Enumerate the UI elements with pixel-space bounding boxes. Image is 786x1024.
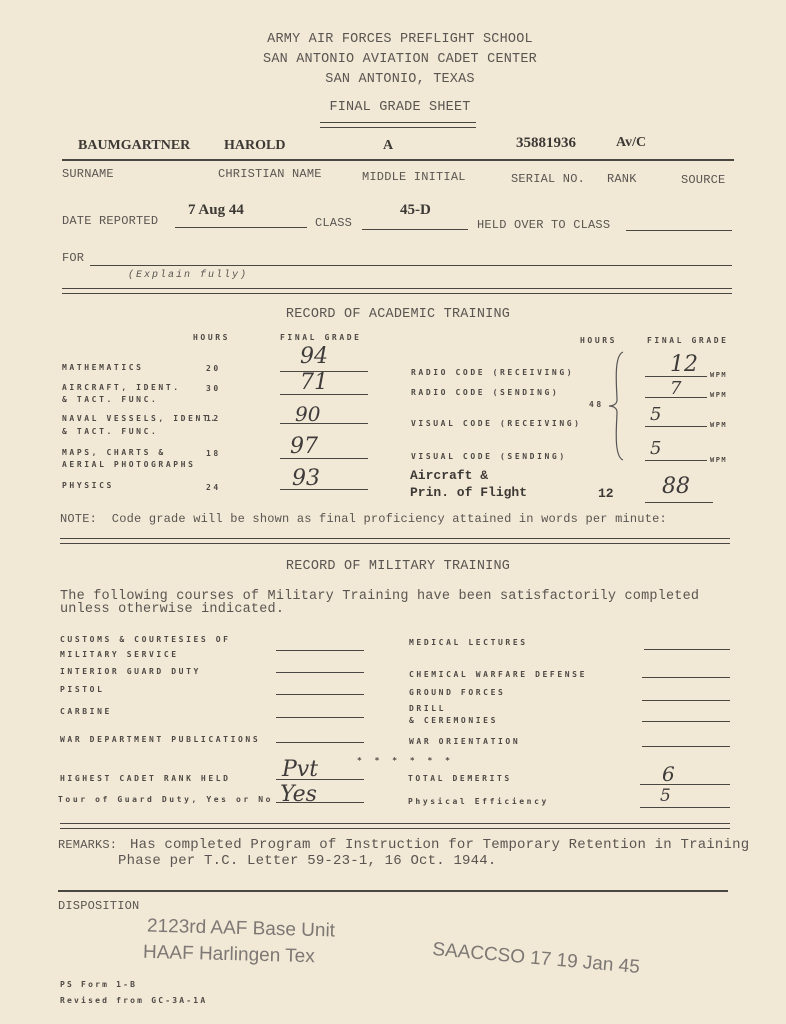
grade-value[interactable]: 97 xyxy=(290,434,318,459)
course-label: PISTOL xyxy=(60,685,105,694)
grade-value[interactable]: 12 xyxy=(670,352,698,377)
class-value[interactable]: 45-D xyxy=(400,202,431,219)
serial-no-value: 35881936 xyxy=(516,135,576,152)
subject-label: RADIO CODE (SENDING) xyxy=(411,388,559,397)
title-underline xyxy=(320,122,476,128)
military-section-title: RECORD OF MILITARY TRAINING xyxy=(0,559,786,574)
course-label: CHEMICAL WARFARE DEFENSE xyxy=(409,670,587,679)
separator-dots: * * * * * * xyxy=(357,756,454,765)
guard-tour-value[interactable]: Yes xyxy=(280,782,317,807)
grade-value[interactable]: 71 xyxy=(300,370,328,395)
grade-line xyxy=(280,394,368,395)
subject-label: VISUAL CODE (SENDING) xyxy=(411,452,567,461)
course-line[interactable] xyxy=(276,717,364,718)
course-line[interactable] xyxy=(276,742,364,743)
total-demerits-line xyxy=(640,784,730,785)
for-label: FOR xyxy=(62,251,84,265)
date-reported-label: DATE REPORTED xyxy=(62,214,158,228)
page-title: FINAL GRADE SHEET xyxy=(0,100,786,115)
course-line[interactable] xyxy=(276,672,364,673)
remarks-line-1: Has completed Program of Instruction for… xyxy=(130,837,749,853)
middle-initial-label: MIDDLE INITIAL xyxy=(362,170,466,184)
course-line[interactable] xyxy=(642,721,730,722)
remarks-line-2: Phase per T.C. Letter 59-23-1, 16 Oct. 1… xyxy=(118,853,496,869)
grade-line xyxy=(280,458,368,459)
grade-value[interactable]: 5 xyxy=(650,404,661,425)
course-line[interactable] xyxy=(276,694,364,695)
subject-label-2: & TACT. FUNC. xyxy=(62,395,158,404)
grade-header-left: FINAL GRADE xyxy=(280,333,362,342)
christian-name-label: CHRISTIAN NAME xyxy=(218,167,322,181)
course-label-2: & CEREMONIES xyxy=(409,716,498,725)
grade-line xyxy=(645,397,707,398)
course-line[interactable] xyxy=(642,746,730,747)
remarks-label: REMARKS: xyxy=(58,838,117,852)
form-number: PS Form 1-B xyxy=(60,980,137,989)
header-line-3: SAN ANTONIO, TEXAS xyxy=(0,72,786,87)
hours-value: 12 xyxy=(206,414,221,423)
unit-stamp-line-1: 2123rd AAF Base Unit xyxy=(147,916,336,943)
wpm-unit: WPM xyxy=(710,371,727,379)
subject-label: MATHEMATICS xyxy=(62,363,144,372)
unit-stamp-line-2: HAAF Harlingen Tex xyxy=(143,942,315,968)
date-reported-line xyxy=(175,227,307,228)
subject-label: Aircraft & xyxy=(410,468,488,483)
surname-value: BAUMGARTNER xyxy=(78,138,190,154)
course-label: GROUND FORCES xyxy=(409,688,505,697)
wpm-unit: WPM xyxy=(710,456,727,464)
highest-rank-label: HIGHEST CADET RANK HELD xyxy=(60,774,231,783)
military-intro-line-2: unless otherwise indicated. xyxy=(60,602,284,617)
course-label: WAR ORIENTATION xyxy=(409,737,520,746)
code-hours-brace xyxy=(607,350,627,462)
grade-value[interactable]: 94 xyxy=(300,344,328,369)
total-demerits-value[interactable]: 6 xyxy=(662,762,675,786)
subject-label: VISUAL CODE (RECEIVING) xyxy=(411,419,582,428)
course-label: WAR DEPARTMENT PUBLICATIONS xyxy=(60,735,260,744)
grade-value[interactable]: 88 xyxy=(662,474,690,499)
section-divider-1 xyxy=(62,288,732,294)
subject-label-2: AERIAL PHOTOGRAPHS xyxy=(62,460,196,469)
subject-label: RADIO CODE (RECEIVING) xyxy=(411,368,574,377)
course-label: MEDICAL LECTURES xyxy=(409,638,528,647)
guard-tour-line xyxy=(276,802,364,803)
grade-line xyxy=(645,460,707,461)
grade-line xyxy=(280,489,368,490)
disposition-label: DISPOSITION xyxy=(58,899,139,913)
rank-value: Av/C xyxy=(616,135,646,151)
physical-efficiency-value[interactable]: 5 xyxy=(660,786,671,806)
explain-fully-hint: (Explain fully) xyxy=(128,270,248,281)
header-line-2: SAN ANTONIO AVIATION CADET CENTER xyxy=(0,52,786,67)
grade-value[interactable]: 93 xyxy=(292,466,320,491)
held-over-line xyxy=(626,230,732,231)
serial-no-label: SERIAL NO. xyxy=(511,172,585,186)
revised-from: Revised from GC-3A-1A xyxy=(60,996,207,1005)
grade-line xyxy=(645,376,707,377)
rank-label: RANK xyxy=(607,172,637,186)
christian-name-value: HAROLD xyxy=(224,138,285,154)
total-demerits-label: TOTAL DEMERITS xyxy=(408,774,512,783)
date-stamp: SAACCSO 17 19 Jan 45 xyxy=(431,939,640,979)
academic-section-title: RECORD OF ACADEMIC TRAINING xyxy=(0,307,786,322)
highest-rank-line xyxy=(276,779,364,780)
subject-label: MAPS, CHARTS & xyxy=(62,448,166,457)
grade-value[interactable]: 7 xyxy=(670,378,681,399)
subject-label: AIRCRAFT, IDENT. xyxy=(62,383,181,392)
course-label-2: MILITARY SERVICE xyxy=(60,650,179,659)
course-label: CUSTOMS & COURTESIES OF xyxy=(60,635,231,644)
course-line[interactable] xyxy=(642,700,730,701)
subject-label-2: & TACT. FUNC. xyxy=(62,427,158,436)
header-line-1: ARMY AIR FORCES PREFLIGHT SCHOOL xyxy=(0,32,786,47)
subject-label: NAVAL VESSELS, IDENT. xyxy=(62,414,218,423)
grade-line xyxy=(645,502,713,503)
subject-label-2: Prin. of Flight xyxy=(410,485,527,500)
identity-line xyxy=(62,159,734,161)
physical-efficiency-line xyxy=(640,807,730,808)
grade-header-right: FINAL GRADE xyxy=(647,336,729,345)
section-divider-3 xyxy=(60,823,730,829)
hours-value: 24 xyxy=(206,483,221,492)
subject-label: PHYSICS xyxy=(62,481,114,490)
guard-tour-label: Tour of Guard Duty, Yes or No xyxy=(58,795,273,804)
surname-label: SURNAME xyxy=(62,167,114,181)
grade-line xyxy=(645,426,707,427)
course-line[interactable] xyxy=(644,649,730,650)
course-label: INTERIOR GUARD DUTY xyxy=(60,667,201,676)
code-hours-value: 48 xyxy=(589,400,604,409)
hours-value: 20 xyxy=(206,364,221,373)
wpm-unit: WPM xyxy=(710,391,727,399)
wpm-unit: WPM xyxy=(710,421,727,429)
for-line xyxy=(90,265,732,266)
hours-header-right: HOURS xyxy=(580,336,617,345)
section-divider-2 xyxy=(60,538,730,544)
remarks-bottom-line xyxy=(58,890,728,892)
grade-line xyxy=(280,423,368,424)
physical-efficiency-label: Physical Efficiency xyxy=(408,797,549,806)
hours-value: 30 xyxy=(206,384,221,393)
grade-value[interactable]: 5 xyxy=(650,438,661,459)
course-line[interactable] xyxy=(642,677,730,678)
course-line[interactable] xyxy=(276,650,364,651)
class-line xyxy=(362,229,468,230)
middle-initial-value: A xyxy=(383,138,393,154)
held-over-label: HELD OVER TO CLASS xyxy=(477,218,610,232)
course-label: DRILL xyxy=(409,704,446,713)
source-label: SOURCE xyxy=(681,173,725,187)
code-grade-note: NOTE: Code grade will be shown as final … xyxy=(60,512,667,526)
hours-header-left: HOURS xyxy=(193,333,230,342)
hours-value: 12 xyxy=(598,486,614,501)
course-label: CARBINE xyxy=(60,707,112,716)
date-reported-value[interactable]: 7 Aug 44 xyxy=(188,202,244,219)
class-label: CLASS xyxy=(315,216,352,230)
hours-value: 18 xyxy=(206,449,221,458)
